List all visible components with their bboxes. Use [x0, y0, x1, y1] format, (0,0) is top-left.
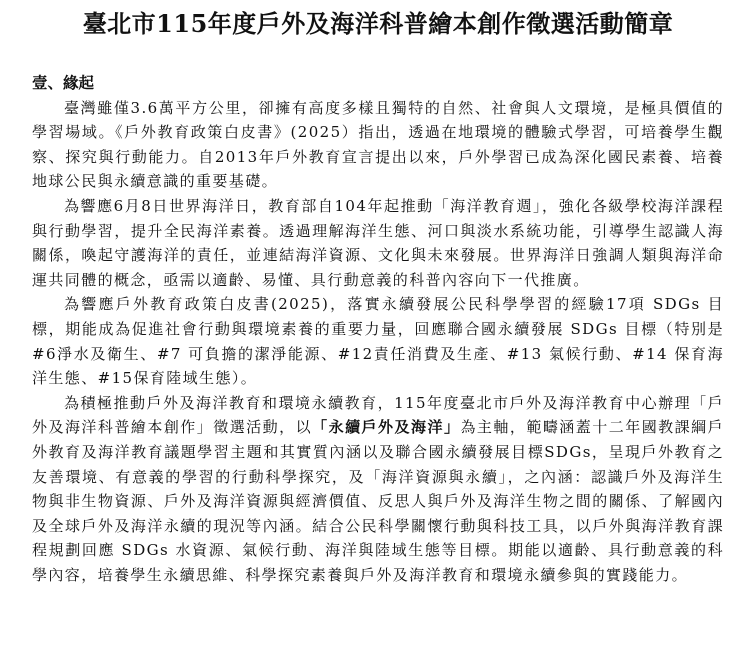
- theme-highlight: 「永續戶外及海洋」: [312, 418, 460, 436]
- paragraph-text-after: 為主軸，範疇涵蓋十二年國教課綱戶外教育及海洋教育議題學習主題和其實質內涵以及聯合…: [32, 418, 724, 584]
- section-heading: 壹、緣起: [32, 71, 724, 96]
- paragraph-taiwan-outdoor-learning: 臺灣雖僅3.6萬平方公里，卻擁有高度多樣且獨特的自然、社會與人文環境，是極具價值…: [32, 96, 724, 194]
- document-title: 臺北市115年度戶外及海洋科普繪本創作徵選活動簡章: [32, 0, 724, 49]
- paragraph-world-ocean-day: 為響應6月8日世界海洋日，教育部自104年起推動「海洋教育週」，強化各級學校海洋…: [32, 194, 724, 292]
- section-origin: 壹、緣起 臺灣雖僅3.6萬平方公里，卻擁有高度多樣且獨特的自然、社會與人文環境，…: [32, 71, 724, 587]
- paragraph-competition-purpose: 為積極推動戶外及海洋教育和環境永續教育，115年度臺北市戶外及海洋教育中心辦理「…: [32, 391, 724, 588]
- document-page: 臺北市115年度戶外及海洋科普繪本創作徵選活動簡章 壹、緣起 臺灣雖僅3.6萬平…: [32, 0, 724, 587]
- paragraph-sdgs-goals: 為響應戶外教育政策白皮書(2025)，落實永續發展公民科學學習的經驗17項 SD…: [32, 292, 724, 390]
